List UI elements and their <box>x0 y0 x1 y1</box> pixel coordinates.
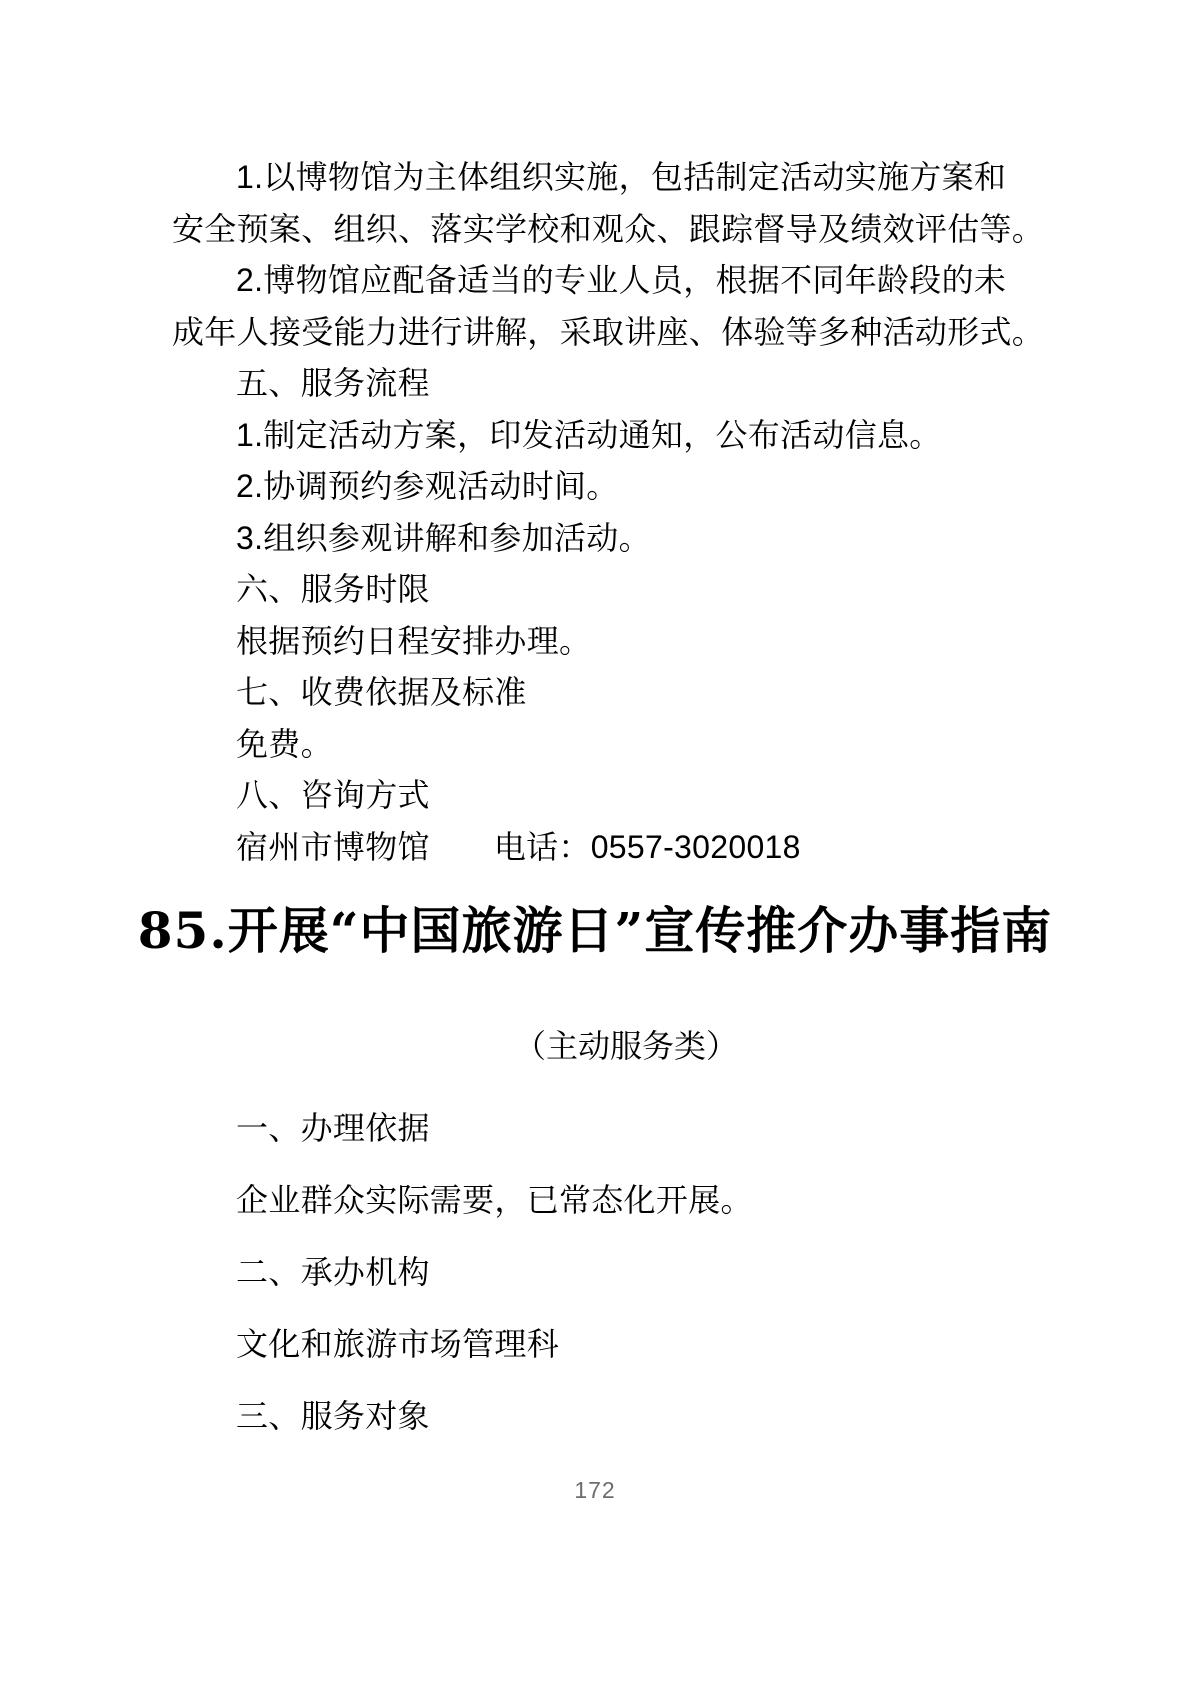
paragraph-line: 企业群众实际需要，已常态化开展。 <box>172 1164 1032 1236</box>
paragraph-line: 2.博物馆应配备适当的专业人员，根据不同年龄段的未 <box>172 255 1032 307</box>
section-heading-line: 六、服务时限 <box>172 564 1032 616</box>
paragraph-line: 3.组织参观讲解和参加活动。 <box>172 513 1032 565</box>
consultation-line: 宿州市博物馆电话：0557-3020018 <box>172 822 1032 874</box>
paragraph-line: 1.制定活动方案，印发活动通知，公布活动信息。 <box>172 410 1032 462</box>
paragraph-line: 1.以博物馆为主体组织实施，包括制定活动实施方案和 <box>172 152 1032 204</box>
section-heading-line: 二、承办机构 <box>172 1236 1032 1308</box>
paragraph-line: 2.协调预约参观活动时间。 <box>172 461 1032 513</box>
section-heading-line: 三、服务对象 <box>172 1380 1032 1452</box>
category-subtitle: （主动服务类） <box>31 1026 1190 1066</box>
consult-office: 宿州市博物馆 <box>236 829 430 865</box>
paragraph-line: 根据预约日程安排办理。 <box>172 616 1032 668</box>
paragraph-line: 免费。 <box>172 719 1032 771</box>
section-heading-line: 一、办理依据 <box>172 1092 1032 1164</box>
consult-phone: 电话：0557-3020018 <box>494 829 801 865</box>
section-heading-line: 七、收费依据及标准 <box>172 667 1032 719</box>
previous-section-body: 1.以博物馆为主体组织实施，包括制定活动实施方案和 安全预案、组织、落实学校和观… <box>172 152 1032 873</box>
section-heading-line: 五、服务流程 <box>172 358 1032 410</box>
page-number: 172 <box>0 1477 1190 1504</box>
section-heading-line: 八、咨询方式 <box>172 770 1032 822</box>
paragraph-line: 安全预案、组织、落实学校和观众、跟踪督导及绩效评估等。 <box>172 204 1032 256</box>
document-page: 1.以博物馆为主体组织实施，包括制定活动实施方案和 安全预案、组织、落实学校和观… <box>0 0 1190 1683</box>
document-title: 85.开展“中国旅游日”宣传推介办事指南 <box>0 899 1190 963</box>
section-85-body: 一、办理依据 企业群众实际需要，已常态化开展。 二、承办机构 文化和旅游市场管理… <box>172 1092 1032 1452</box>
paragraph-line: 文化和旅游市场管理科 <box>172 1308 1032 1380</box>
paragraph-line: 成年人接受能力进行讲解，采取讲座、体验等多种活动形式。 <box>172 307 1032 359</box>
